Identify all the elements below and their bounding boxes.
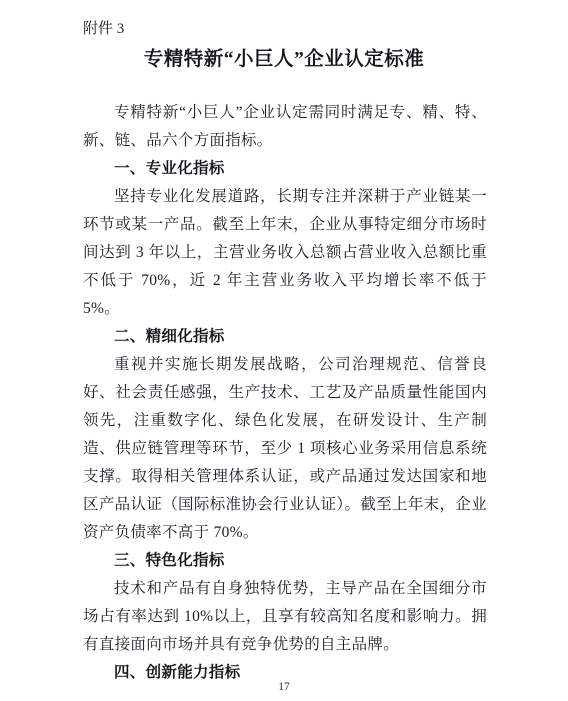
section-2-heading: 二、精细化指标 — [83, 323, 487, 351]
section-1-heading: 一、专业化指标 — [83, 155, 487, 183]
section-3-heading: 三、特色化指标 — [83, 547, 487, 575]
intro-paragraph: 专精特新“小巨人”企业认定需同时满足专、精、特、新、链、品六个方面指标。 — [83, 99, 487, 155]
section-2-paragraph: 重视并实施长期发展战略，公司治理规范、信誉良好、社会责任感强，生产技术、工艺及产… — [83, 351, 487, 547]
section-1-paragraph: 坚持专业化发展道路，长期专注并深耕于产业链某一环节或某一产品。截至上年末，企业从… — [83, 183, 487, 323]
page-number: 17 — [0, 680, 568, 694]
attachment-label: 附件 3 — [83, 20, 124, 38]
document-title: 专精特新“小巨人”企业认定标准 — [0, 48, 568, 72]
document-body: 专精特新“小巨人”企业认定需同时满足专、精、特、新、链、品六个方面指标。 一、专… — [83, 99, 487, 687]
document-page: 附件 3 专精特新“小巨人”企业认定标准 专精特新“小巨人”企业认定需同时满足专… — [0, 0, 568, 701]
section-3-paragraph: 技术和产品有自身独特优势，主导产品在全国细分市场占有率达到 10%以上，且享有较… — [83, 575, 487, 659]
